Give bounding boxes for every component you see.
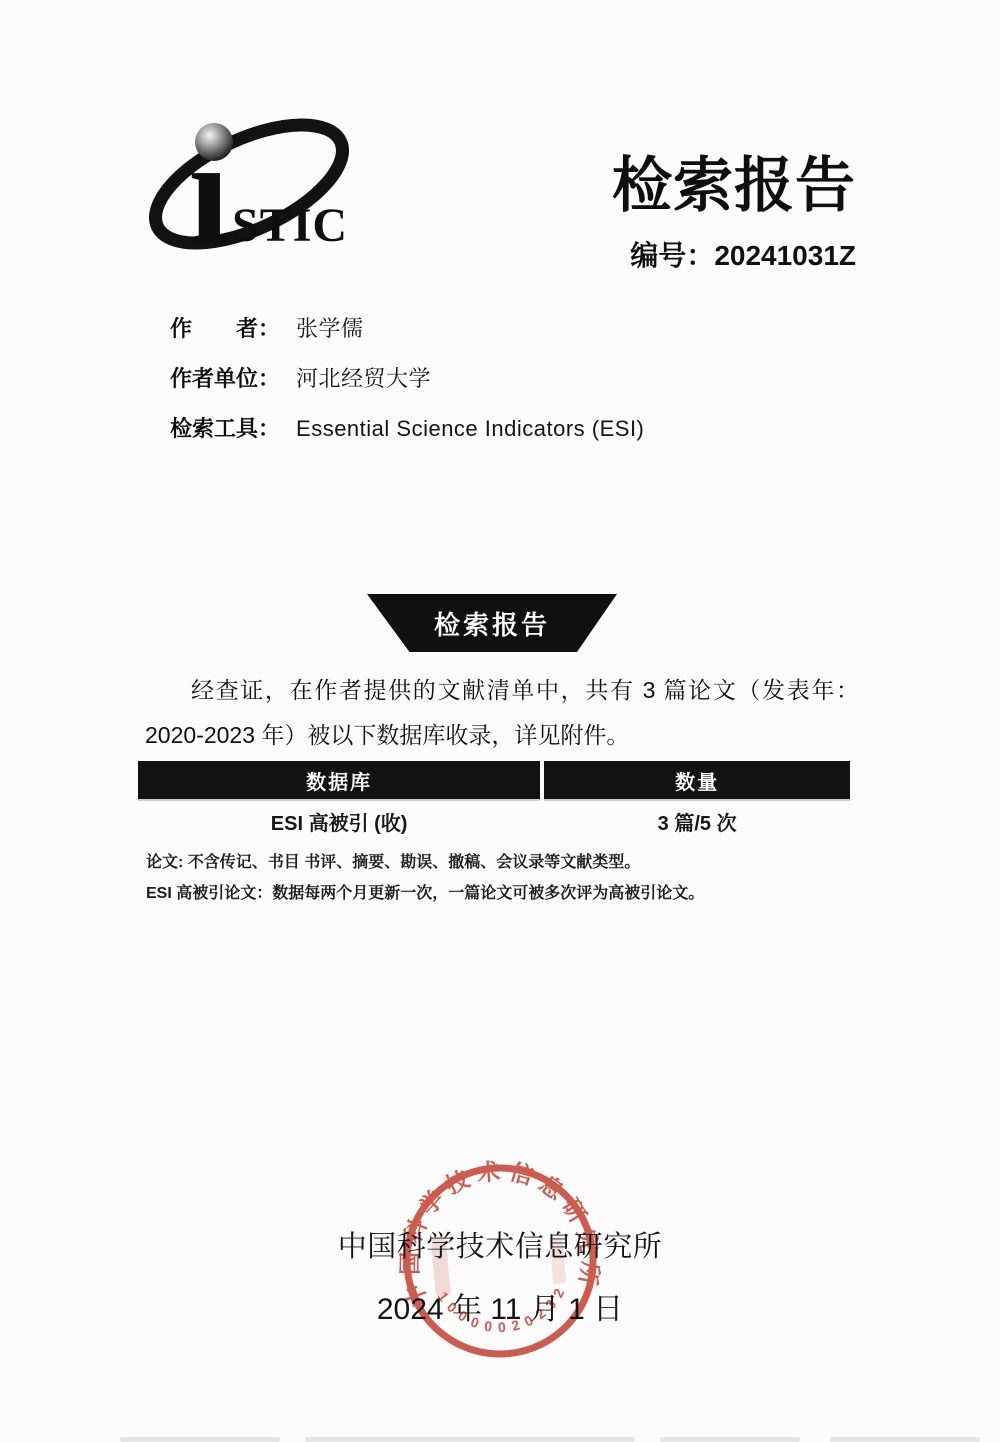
author-row: 作 者： 张学儒: [170, 312, 850, 362]
logo-stic-text: STIC: [232, 199, 348, 252]
report-page: ı STIC 检索报告 编号：20241031Z 作 者： 张学儒 作者单位： …: [0, 0, 1000, 1442]
search-tool-label: 检索工具：: [170, 412, 280, 443]
cell-database-value: ESI 高被引 (收): [138, 801, 540, 841]
page-title: 检索报告: [500, 138, 856, 224]
institute-name: 中国科学技术信息研究所: [0, 1224, 1000, 1265]
search-tool-value: Essential Science Indicators (ESI): [296, 416, 644, 442]
footnotes: 论文: 不含传记、书目 书评、摘要、勘误、撤稿、会议录等文献类型。 ESI 高被…: [146, 847, 766, 909]
table-row: ESI 高被引 (收) 3 篇/5 次: [138, 801, 850, 841]
affiliation-value: 河北经贸大学: [296, 362, 431, 393]
author-value: 张学儒: [296, 312, 364, 343]
issue-date: 2024 年 11 月 1 日: [0, 1284, 1000, 1328]
header-cell-database: 数据库: [138, 761, 540, 799]
author-info-section: 作 者： 张学儒 作者单位： 河北经贸大学 检索工具： Essential Sc…: [170, 312, 850, 462]
cell-count-value: 3 篇/5 次: [544, 801, 850, 841]
scan-edge-artifact: [0, 1436, 1000, 1442]
footnote-esi: ESI 高被引论文：数据每两个月更新一次，一篇论文可被多次评为高被引论文。: [146, 878, 766, 909]
section-banner-label: 检索报告: [434, 605, 550, 642]
author-label: 作 者：: [170, 312, 280, 343]
logo-ball: [195, 123, 233, 161]
istic-logo-icon: ı STIC: [146, 106, 358, 254]
header-cell-count: 数量: [544, 761, 850, 799]
section-banner: 检索报告: [367, 594, 617, 652]
report-number-label: 编号：: [630, 240, 714, 271]
results-table-header: 数据库 数量: [138, 761, 850, 799]
affiliation-label: 作者单位：: [170, 362, 280, 393]
affiliation-row: 作者单位： 河北经贸大学: [170, 362, 850, 412]
report-number-value: 20241031Z: [714, 240, 856, 271]
results-table: 数据库 数量 ESI 高被引 (收) 3 篇/5 次: [138, 761, 850, 841]
report-number: 编号：20241031Z: [500, 234, 856, 274]
summary-paragraph: 经查证，在作者提供的文献清单中，共有 3 篇论文（发表年：2020-2023 年…: [145, 668, 859, 758]
search-tool-row: 检索工具： Essential Science Indicators (ESI): [170, 412, 850, 462]
footnote-papers: 论文: 不含传记、书目 书评、摘要、勘误、撤稿、会议录等文献类型。: [146, 847, 766, 878]
